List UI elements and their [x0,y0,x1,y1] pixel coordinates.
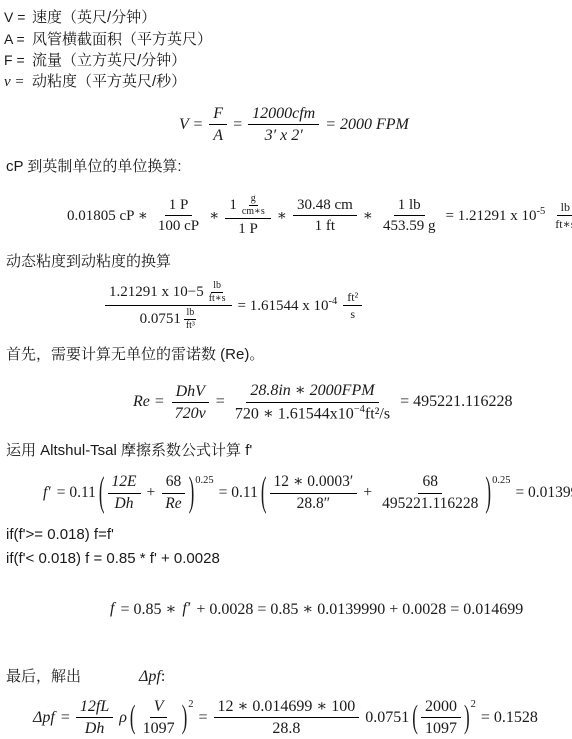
math-result: = 495221.116228 [400,393,512,411]
fraction-main: 1.21291 x 10−5 lb ft∗s 0.0751 lb ft³ [105,280,232,331]
plus-operator: + [147,484,156,502]
fraction: 68 Re [161,473,185,513]
fraction: 2000 1097 [421,697,461,738]
exponent: -4 [328,296,337,307]
exponent: 0.25 [492,475,510,486]
math-token: Δpf [33,709,55,727]
equation-kinematic-viscosity: 1.21291 x 10−5 lb ft∗s 0.0751 lb ft³ = 1… [4,280,568,331]
equation-velocity: V = F A = 12000cfm 3′ x 2′ = 2000 FPM [4,104,568,145]
math-result: = 0.1528 [481,709,538,727]
math-token: f′ [43,484,51,502]
exponent: 2 [188,699,193,710]
condition-line: if(f'>= 0.018) f=f' [4,523,568,547]
small-fraction: lb ft∗s [207,280,228,304]
fraction: F A [209,104,227,145]
variable-description: 风管横截面积（平方英尺） [32,30,212,51]
heading-cp-conversion: cP 到英制单位的单位换算: [4,157,568,177]
equation-friction-factor: f′ = 0.11 ( 12E Dh + 68 Re ) 0.25 = 0.11… [4,473,568,513]
math-token: = 0.11 [219,484,258,502]
math-result: + 0.0028 = 0.85 ∗ 0.0139990 + 0.0028 = 0… [196,599,523,619]
fraction: 12 ∗ 0.014699 ∗ 100 28.8 [214,697,360,738]
equation-f-corrected: f = 0.85 ∗ f′ + 0.0028 = 0.85 ∗ 0.013999… [4,599,568,619]
math-token: = [233,116,242,134]
variable-description: 流量（立方英尺/分钟） [32,51,186,72]
unit-fraction: lb ft∗s [551,200,572,232]
open-paren: ( [412,699,418,737]
multiply-operator: ∗ [363,206,373,225]
condition-line: if(f'< 0.018) f = 0.85 * f' + 0.0028 [4,547,568,571]
definition-row-area: A = 风管横截面积（平方英尺） [4,29,568,51]
math-token: f′ [182,600,190,618]
document-page: V = 速度（英尺/分钟） A = 风管横截面积（平方英尺） F = 流量（立方… [0,0,572,739]
equation-pressure-loss: Δpf = 12fL Dh ρ ( V 1097 ) 2 = 12 ∗ 0.01… [4,697,568,738]
fraction: 12 ∗ 0.0003′ 28.8″ [270,473,358,513]
open-paren: ( [99,469,105,517]
math-token: = 0.11 [57,484,96,502]
math-token: = 0.85 ∗ [120,599,176,619]
multiply-operator: ∗ [277,206,287,225]
close-paren: ) [182,699,188,737]
fraction: DhV 720v [171,382,210,423]
open-paren: ( [130,699,136,737]
math-token: f [110,600,114,618]
equation-cp-conversion: 0.01805 cP ∗ 1 P 100 cP ∗ 1 g cm∗s 1 P ∗… [4,193,568,238]
definition-row-viscosity: v = 动粘度（平方英尺/秒） [4,72,568,93]
variable-definitions: V = 速度（英尺/分钟） A = 风管横截面积（平方英尺） F = 流量（立方… [4,5,568,92]
fraction: V 1097 [139,697,179,738]
small-fraction: g cm∗s [240,193,267,217]
heading-friction-factor: 运用 Altshul-Tsal 摩擦系数公式计算 f' [4,441,568,461]
math-token: Re = [133,393,165,411]
math-token: = [216,393,225,411]
fraction: 30.48 cm 1 ft [293,196,357,235]
fraction: 12fL Dh [76,697,113,738]
open-paren: ( [261,469,267,517]
math-token: = [61,709,70,727]
density-coefficient: 0.0751 [365,709,409,727]
fraction: 1 P 100 cP [154,196,203,235]
variable-symbol: F = [4,50,32,71]
small-fraction: lb ft³ [184,307,197,331]
variable-description: 速度（英尺/分钟） [32,8,156,29]
fraction-nested: 1 g cm∗s 1 P [225,193,270,238]
variable-symbol: v = [4,72,32,93]
plus-operator: + [363,484,372,502]
heading-reynolds: 首先，需要计算无单位的雷诺数 (Re)。 [4,345,568,365]
variable-symbol: V = [4,7,32,28]
exponent: 0.25 [195,475,213,486]
fraction: 12000cfm 3′ x 2′ [248,104,319,145]
heading-final: 最后，解出 Δpf: [4,667,568,687]
exponent: 2 [471,699,476,710]
fraction: 12E Dh [108,473,141,513]
fraction: 68 495221.116228 [378,473,482,513]
multiply-operator: ∗ [209,206,219,225]
unit-fraction: ft² s [343,290,362,322]
fraction: 1 lb 453.59 g [379,196,440,235]
rho-symbol: ρ [119,709,127,727]
exponent: −4 [354,404,365,415]
math-token: = [199,709,208,727]
math-result: = 1.61544 x 10-4 [238,296,338,315]
math-token: V = [179,116,203,134]
math-result: = 1.21291 x 10-5 [445,206,545,225]
definition-row-flow: F = 流量（立方英尺/分钟） [4,50,568,72]
close-paren: ) [464,699,470,737]
heading-dynamic-to-kinematic: 动态粘度到动粘度的换算 [4,252,568,272]
math-result: = 2000 FPM [325,116,409,134]
exponent: -5 [536,206,545,217]
conditional-rules: if(f'>= 0.018) f=f' if(f'< 0.018) f = 0.… [4,523,568,571]
equation-reynolds: Re = DhV 720v = 28.8in ∗ 2000FPM 720 ∗ 1… [4,381,568,423]
close-paren: ) [485,469,491,517]
definition-row-velocity: V = 速度（英尺/分钟） [4,7,568,29]
variable-symbol: A = [4,29,32,50]
close-paren: ) [189,469,195,517]
math-token: 0.01805 cP ∗ [67,206,148,225]
delta-pf-symbol: Δpf: [139,667,165,687]
fraction: 28.8in ∗ 2000FPM 720 ∗ 1.61544x10−4ft²/s [231,381,394,423]
math-result: = 0.013999 [515,484,572,502]
heading-final-text: 最后，解出 [6,667,81,687]
variable-description: 动粘度（平方英尺/秒） [32,72,186,93]
